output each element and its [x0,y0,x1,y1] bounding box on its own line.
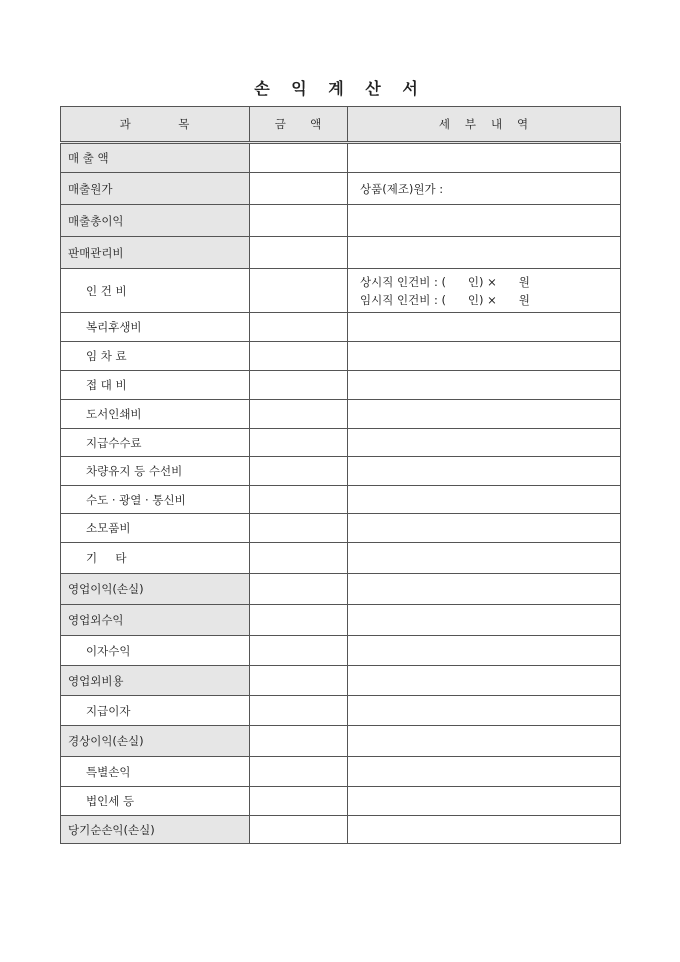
account-label: 임 차 료 [61,342,250,371]
detail-cell[interactable] [348,636,621,666]
account-label: 접 대 비 [61,371,250,400]
amount-cell[interactable] [250,696,348,726]
account-label: 인 건 비 [61,269,250,313]
header-details: 세 부 내 역 [348,107,621,143]
account-label: 복리후생비 [61,313,250,342]
table-row: 임 차 료 [61,342,621,371]
amount-cell[interactable] [250,666,348,696]
account-label: 매출원가 [61,173,250,205]
table-row: 소모품비 [61,514,621,543]
detail-cell[interactable]: 상시직 인건비 : ( 인) × 원임시직 인건비 : ( 인) × 원 [348,269,621,313]
detail-cell[interactable] [348,143,621,173]
detail-cell[interactable] [348,816,621,844]
income-statement-table: 과 목 금 액 세 부 내 역 매 출 액매출원가상품(제조)원가 :매출총이익… [60,106,621,844]
account-label: 당기순손익(손실) [61,816,250,844]
amount-cell[interactable] [250,486,348,514]
table-row: 당기순손익(손실) [61,816,621,844]
account-label: 기 타 [61,543,250,574]
amount-cell[interactable] [250,816,348,844]
amount-cell[interactable] [250,342,348,371]
table-row: 영업이익(손실) [61,574,621,605]
detail-cell[interactable] [348,429,621,457]
amount-cell[interactable] [250,726,348,757]
account-label: 매 출 액 [61,143,250,173]
table-row: 접 대 비 [61,371,621,400]
amount-cell[interactable] [250,173,348,205]
amount-cell[interactable] [250,371,348,400]
detail-cell[interactable] [348,205,621,237]
table-row: 기 타 [61,543,621,574]
table-row: 지급수수료 [61,429,621,457]
account-label: 이자수익 [61,636,250,666]
detail-cell[interactable] [348,313,621,342]
detail-cell[interactable] [348,787,621,816]
amount-cell[interactable] [250,400,348,429]
account-label: 지급이자 [61,696,250,726]
table-row: 매 출 액 [61,143,621,173]
table-row: 도서인쇄비 [61,400,621,429]
detail-cell[interactable] [348,371,621,400]
detail-text-2: 임시직 인건비 : ( 인) × 원 [360,291,620,309]
table-row: 인 건 비상시직 인건비 : ( 인) × 원임시직 인건비 : ( 인) × … [61,269,621,313]
amount-cell[interactable] [250,787,348,816]
amount-cell[interactable] [250,237,348,269]
amount-cell[interactable] [250,143,348,173]
table-row: 법인세 등 [61,787,621,816]
table-row: 매출원가상품(제조)원가 : [61,173,621,205]
amount-cell[interactable] [250,605,348,636]
table-row: 차량유지 등 수선비 [61,457,621,486]
amount-cell[interactable] [250,543,348,574]
header-amount: 금 액 [250,107,348,143]
detail-cell[interactable] [348,342,621,371]
detail-text: 상품(제조)원가 : [360,180,620,198]
account-label: 수도 · 광열 · 통신비 [61,486,250,514]
detail-cell[interactable] [348,666,621,696]
amount-cell[interactable] [250,205,348,237]
amount-cell[interactable] [250,636,348,666]
account-label: 소모품비 [61,514,250,543]
account-label: 특별손익 [61,757,250,787]
table-row: 특별손익 [61,757,621,787]
table-row: 지급이자 [61,696,621,726]
amount-cell[interactable] [250,574,348,605]
account-label: 매출총이익 [61,205,250,237]
detail-cell[interactable] [348,514,621,543]
account-label: 차량유지 등 수선비 [61,457,250,486]
account-label: 경상이익(손실) [61,726,250,757]
table-row: 복리후생비 [61,313,621,342]
amount-cell[interactable] [250,429,348,457]
table-row: 매출총이익 [61,205,621,237]
table-row: 경상이익(손실) [61,726,621,757]
detail-cell[interactable] [348,726,621,757]
table-row: 이자수익 [61,636,621,666]
account-label: 영업이익(손실) [61,574,250,605]
detail-cell[interactable] [348,486,621,514]
account-label: 지급수수료 [61,429,250,457]
account-label: 영업외수익 [61,605,250,636]
table-row: 영업외비용 [61,666,621,696]
detail-cell[interactable] [348,757,621,787]
detail-cell[interactable] [348,696,621,726]
header-row: 과 목 금 액 세 부 내 역 [61,107,621,143]
account-label: 법인세 등 [61,787,250,816]
table-row: 판매관리비 [61,237,621,269]
table-row: 영업외수익 [61,605,621,636]
detail-cell[interactable] [348,543,621,574]
detail-cell[interactable] [348,400,621,429]
table-row: 수도 · 광열 · 통신비 [61,486,621,514]
amount-cell[interactable] [250,457,348,486]
account-label: 영업외비용 [61,666,250,696]
amount-cell[interactable] [250,313,348,342]
header-account: 과 목 [61,107,250,143]
detail-cell[interactable]: 상품(제조)원가 : [348,173,621,205]
account-label: 도서인쇄비 [61,400,250,429]
amount-cell[interactable] [250,514,348,543]
detail-cell[interactable] [348,457,621,486]
detail-cell[interactable] [348,237,621,269]
amount-cell[interactable] [250,757,348,787]
amount-cell[interactable] [250,269,348,313]
detail-text: 상시직 인건비 : ( 인) × 원 [360,273,620,291]
account-label: 판매관리비 [61,237,250,269]
detail-cell[interactable] [348,605,621,636]
document-title: 손 익 계 산 서 [0,76,680,99]
detail-cell[interactable] [348,574,621,605]
